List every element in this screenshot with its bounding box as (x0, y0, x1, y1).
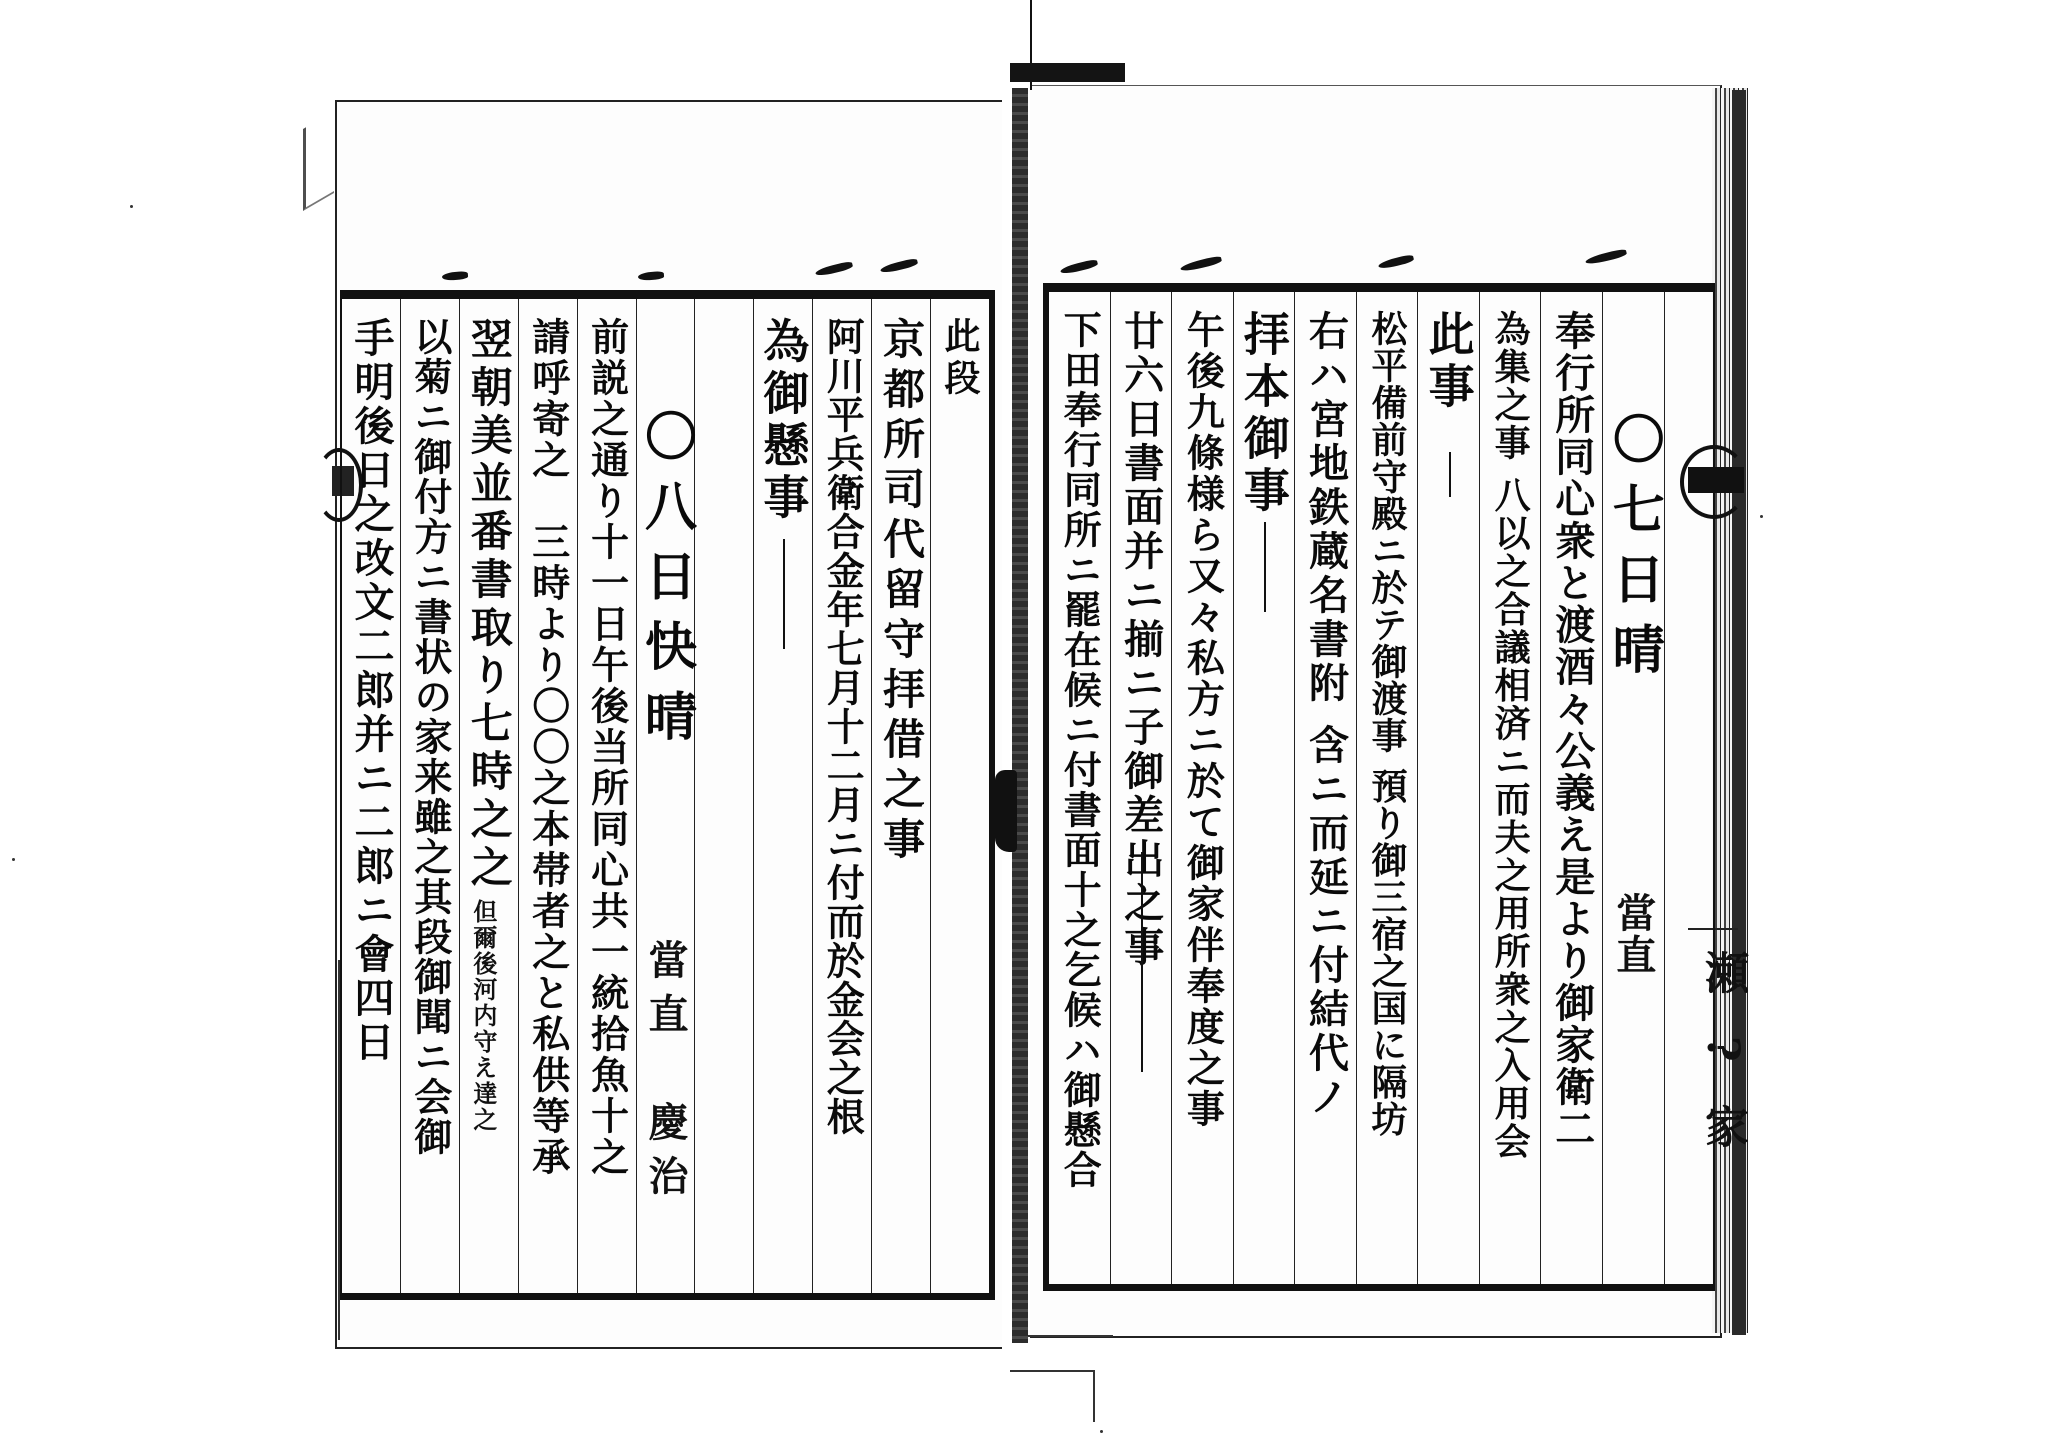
gutter-bottom-line (1010, 1370, 1095, 1372)
text-column: 拝本御事 (1233, 292, 1295, 1284)
column-text: 以菊ニ御付方ニ書状の家来雖之其段御聞ニ会御 (411, 299, 449, 1293)
text-column: 此事 (1417, 292, 1479, 1284)
tail-stroke (1449, 452, 1451, 497)
text-column: 右ハ宮地鉄蔵名書附 含ニ而延ニ付結代ノ (1294, 292, 1356, 1284)
column-text: 下田奉行同所ニ罷在候ニ付書面十之乞候ハ御懸合 (1060, 292, 1098, 1284)
scan-speck (12, 858, 15, 861)
column-text: 廿六日書面并ニ揃ニ子御差出之事 (1121, 292, 1161, 1284)
column-text: 阿川平兵衛合金年七月十二月ニ付而於金会之根 (823, 299, 861, 1293)
column-text: 此段 (942, 299, 978, 1293)
scan-speck (1760, 515, 1763, 518)
gutter-bottom-line (1093, 1372, 1095, 1422)
column-text: 翌朝美並番書取り七時之之 (468, 299, 510, 1293)
scan-speck (1100, 1430, 1103, 1433)
tail-stroke (1141, 852, 1143, 1072)
book-spine-gutter (1012, 88, 1028, 1343)
text-column: 翌朝美並番書取り七時之之 但爾後河内守え達之 (459, 299, 518, 1293)
column-text: 手明後日之改文二郎并ニ二郎ニ會四日 (351, 299, 391, 1293)
text-column: 下田奉行同所ニ罷在候ニ付書面十之乞候ハ御懸合 (1049, 292, 1110, 1284)
column-text: 右ハ宮地鉄蔵名書附 含ニ而延ニ付結代ノ (1305, 292, 1345, 1284)
column-text: 請呼寄之 三時より〇〇之本帯者之と私供等承 (529, 299, 567, 1293)
text-column: 以菊ニ御付方ニ書状の家来雖之其段御聞ニ会御 (400, 299, 459, 1293)
duty-note: 當直 慶治 (637, 939, 694, 1209)
column-text: 松平備前守殿ニ於テ御渡事 預り御三宿之国に隔坊 (1369, 292, 1405, 1284)
gutter-black-tab (1010, 63, 1125, 82)
column-text: 此事 (1426, 292, 1472, 1284)
text-column: 松平備前守殿ニ於テ御渡事 預り御三宿之国に隔坊 (1356, 292, 1418, 1284)
text-column: 為御懸事 (753, 299, 812, 1293)
column-text: 奉行所同心衆と渡酒々公義え是より御家衛二 (1552, 292, 1592, 1284)
date-heading-column: 〇八日快晴 當直 慶治 (636, 299, 695, 1293)
torn-page-corner (303, 111, 334, 211)
text-column (694, 299, 753, 1293)
tail-stroke (1264, 522, 1266, 612)
column-text: 為集之事 八以之合議相済ニ而夫之用所衆之入用会 (1492, 292, 1528, 1284)
tail-stroke (783, 539, 785, 649)
duty-note: 當直 (1605, 892, 1662, 976)
left-page-ruled-frame: 此段 京都所司代留守拝借之事 阿川平兵衛合金年七月十二月ニ付而於金会之根 為御懸… (340, 290, 995, 1300)
text-column: 阿川平兵衛合金年七月十二月ニ付而於金会之根 (812, 299, 871, 1293)
text-column: 京都所司代留守拝借之事 (871, 299, 930, 1293)
text-column: 此段 (930, 299, 989, 1293)
column-annotation: 但爾後河内守え達之 (466, 899, 501, 1133)
column-text: 拝本御事 (1241, 292, 1287, 1284)
gutter-bottom-line (1028, 1335, 1113, 1337)
column-text: 前説之通り十一日午後当所同心共一統拾魚十之 (588, 299, 626, 1293)
text-column: 前説之通り十一日午後当所同心共一統拾魚十之 (577, 299, 636, 1293)
gutter-ink-mark (995, 770, 1017, 852)
text-column (1664, 292, 1713, 1284)
column-text: 午後九條様ら又々私方ニ於て御家伴奉度之事 (1183, 292, 1221, 1284)
text-column: 廿六日書面并ニ揃ニ子御差出之事 (1110, 292, 1172, 1284)
date-heading: 〇七日晴 (1607, 292, 1659, 1284)
text-column: 請呼寄之 三時より〇〇之本帯者之と私供等承 (518, 299, 577, 1293)
column-text: 京都所司代留守拝借之事 (880, 299, 922, 1293)
text-column: 午後九條様ら又々私方ニ於て御家伴奉度之事 (1171, 292, 1233, 1284)
right-page-ruled-frame: 〇七日晴 當直 奉行所同心衆と渡酒々公義え是より御家衛二 為集之事 八以之合議相… (1043, 283, 1715, 1291)
text-column: 為集之事 八以之合議相済ニ而夫之用所衆之入用会 (1479, 292, 1541, 1284)
scan-speck (130, 205, 133, 208)
date-heading-column: 〇七日晴 當直 (1602, 292, 1664, 1284)
text-column: 手明後日之改文二郎并ニ二郎ニ會四日 (342, 299, 400, 1293)
column-text: 為御懸事 (760, 299, 806, 1293)
text-column: 奉行所同心衆と渡酒々公義え是より御家衛二 (1540, 292, 1602, 1284)
